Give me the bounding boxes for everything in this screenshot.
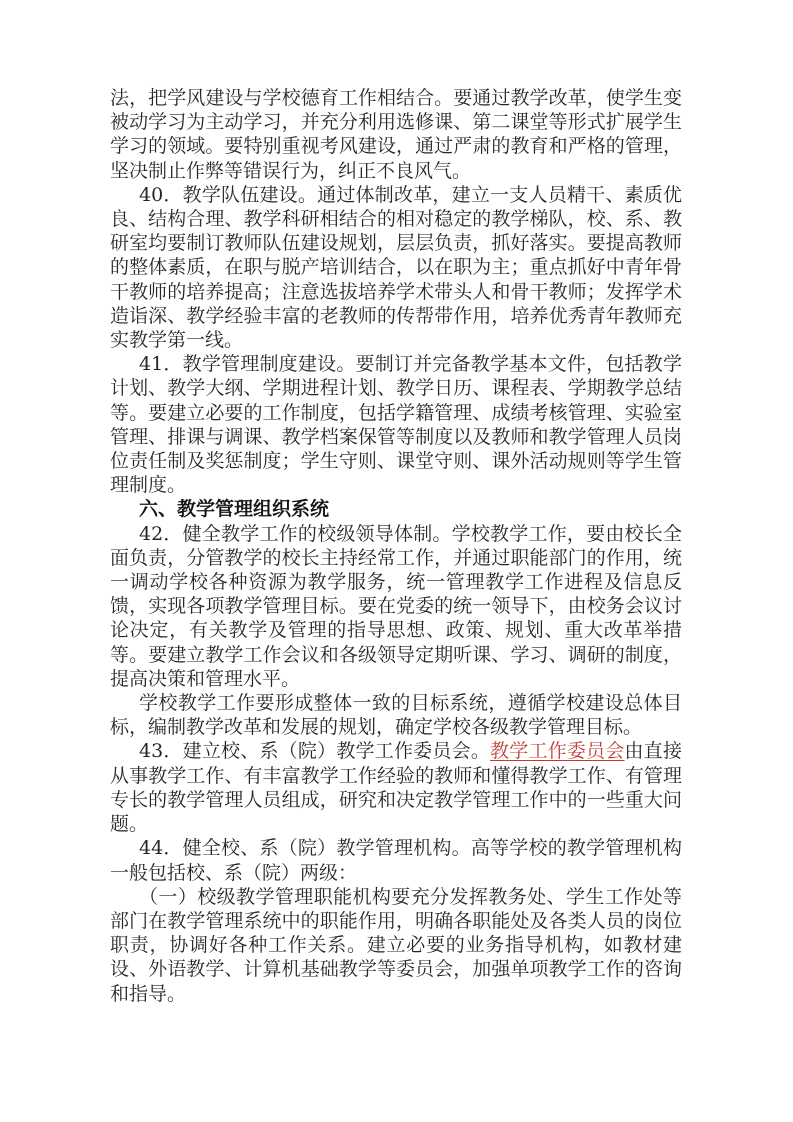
paragraph: 40．教学队伍建设。通过体制改革，建立一支人员精干、素质优良、结构合理、教学科研… — [110, 183, 682, 352]
paragraph: 41．教学管理制度建设。要制订并完备教学基本文件，包括教学计划、教学大纲、学期进… — [110, 352, 682, 497]
text-run: 学校教学工作要形成整体一致的目标系统，遵循学校建设总体目标，编制教学改革和发展的… — [110, 692, 682, 738]
paragraph: （一）校级教学管理职能机构要充分发挥教务处、学生工作处等部门在教学管理系统中的职… — [110, 885, 682, 1006]
highlighted-term: 教学工作委员会 — [490, 740, 625, 762]
paragraph: 法，把学风建设与学校德育工作相结合。要通过教学改革，使学生变被动学习为主动学习，… — [110, 86, 682, 183]
text-run: 法，把学风建设与学校德育工作相结合。要通过教学改革，使学生变被动学习为主动学习，… — [110, 87, 682, 182]
paragraph: 学校教学工作要形成整体一致的目标系统，遵循学校建设总体目标，编制教学改革和发展的… — [110, 691, 682, 739]
text-run: 41．教学管理制度建设。要制订并完备教学基本文件，包括教学计划、教学大纲、学期进… — [110, 353, 682, 496]
text-run: （一）校级教学管理职能机构要充分发挥教务处、学生工作处等部门在教学管理系统中的职… — [110, 886, 682, 1005]
paragraph: 44．健全校、系（院）教学管理机构。高等学校的教学管理机构一般包括校、系（院）两… — [110, 836, 682, 884]
text-run: 六、教学管理组织系统 — [139, 498, 329, 520]
document-page: 法，把学风建设与学校德育工作相结合。要通过教学改革，使学生变被动学习为主动学习，… — [0, 0, 793, 1122]
text-run: 43．建立校、系（院）教学工作委员会。 — [139, 740, 490, 762]
document-text: 法，把学风建设与学校德育工作相结合。要通过教学改革，使学生变被动学习为主动学习，… — [110, 86, 682, 1006]
paragraph: 42．健全教学工作的校级领导体制。学校教学工作，要由校长全面负责，分管教学的校长… — [110, 522, 682, 691]
paragraph: 43．建立校、系（院）教学工作委员会。教学工作委员会由直接从事教学工作、有丰富教… — [110, 739, 682, 836]
text-run: 44．健全校、系（院）教学管理机构。高等学校的教学管理机构一般包括校、系（院）两… — [110, 837, 682, 883]
section-heading: 六、教学管理组织系统 — [110, 497, 682, 521]
text-run: 42．健全教学工作的校级领导体制。学校教学工作，要由校长全面负责，分管教学的校长… — [110, 523, 682, 690]
text-run: 40．教学队伍建设。通过体制改革，建立一支人员精干、素质优良、结构合理、教学科研… — [110, 184, 682, 351]
